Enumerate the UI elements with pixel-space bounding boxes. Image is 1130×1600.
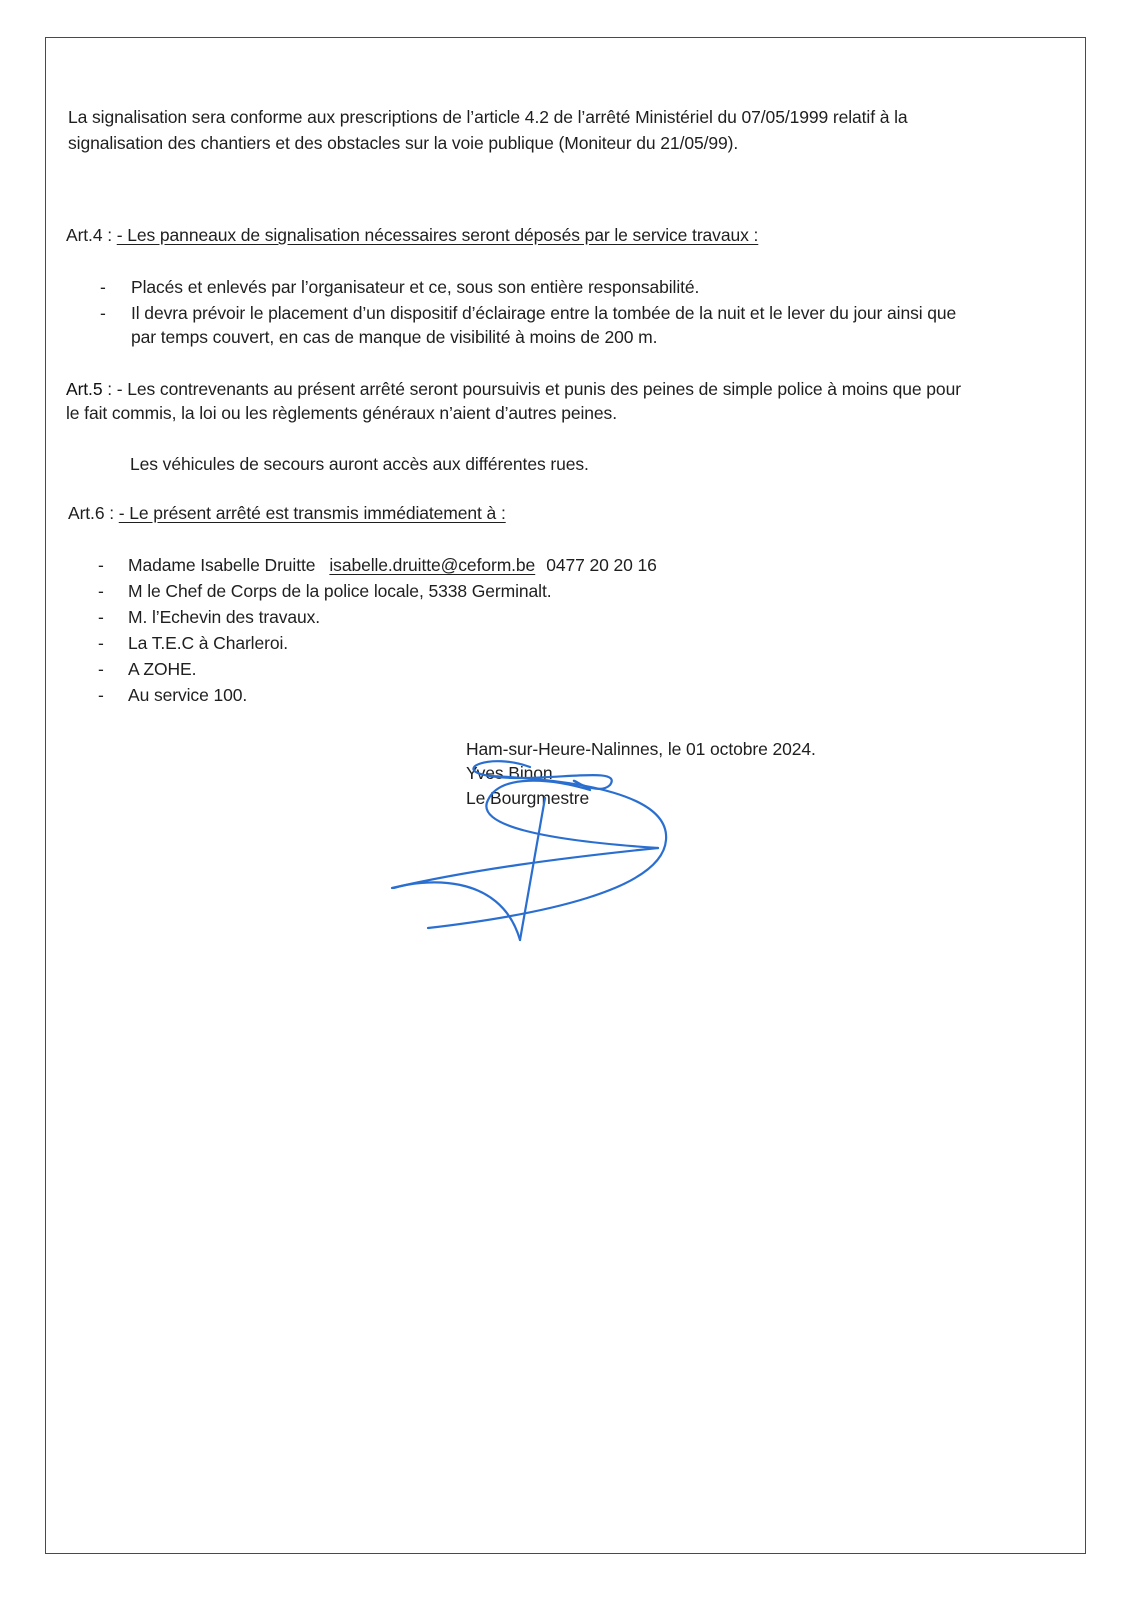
- recipient-item: M le Chef de Corps de la police locale, …: [128, 578, 551, 604]
- signatory-title: Le Bourgmestre: [466, 785, 589, 811]
- art4-item-2-line-1: Il devra prévoir le placement d’un dispo…: [131, 300, 956, 326]
- recipient-item: Au service 100.: [128, 682, 247, 708]
- art6-heading: Art.6 : - Le présent arrêté est transmis…: [68, 500, 506, 526]
- art4-label: Art.4 :: [66, 225, 112, 245]
- art4-title: - Les panneaux de signalisation nécessai…: [117, 225, 759, 245]
- recipient-phone: 0477 20 20 16: [546, 555, 657, 575]
- recipient-email-link[interactable]: isabelle.druitte@ceform.be: [329, 555, 535, 575]
- art6-label: Art.6 :: [68, 503, 114, 523]
- recipient-name: Madame Isabelle Druitte: [128, 555, 315, 575]
- bullet-dash: -: [98, 682, 104, 708]
- recipient-name: La T.E.C à Charleroi.: [128, 633, 288, 653]
- recipient-item: Madame Isabelle Druitteisabelle.druitte@…: [128, 552, 657, 578]
- art5-line-1: Art.5 : - Les contrevenants au présent a…: [66, 376, 961, 402]
- art5-text: : - Les contrevenants au présent arrêté …: [102, 379, 960, 399]
- intro-line-1: La signalisation sera conforme aux presc…: [68, 104, 908, 130]
- bullet-dash: -: [98, 604, 104, 630]
- bullet-dash: -: [98, 578, 104, 604]
- recipient-item: M. l’Echevin des travaux.: [128, 604, 320, 630]
- art5-line-2: le fait commis, la loi ou les règlements…: [66, 400, 617, 426]
- bullet-dash: -: [100, 300, 106, 326]
- recipient-name: M. l’Echevin des travaux.: [128, 607, 320, 627]
- bullet-dash: -: [98, 552, 104, 578]
- art6-title: - Le présent arrêté est transmis immédia…: [119, 503, 506, 523]
- place-date: Ham-sur-Heure-Nalinnes, le 01 octobre 20…: [466, 736, 816, 762]
- art5-note: Les véhicules de secours auront accès au…: [130, 451, 589, 477]
- recipient-name: M le Chef de Corps de la police locale, …: [128, 581, 551, 601]
- recipient-item: La T.E.C à Charleroi.: [128, 630, 288, 656]
- art4-heading: Art.4 : - Les panneaux de signalisation …: [66, 222, 758, 248]
- bullet-dash: -: [98, 630, 104, 656]
- recipient-name: Au service 100.: [128, 685, 247, 705]
- intro-line-2: signalisation des chantiers et des obsta…: [68, 130, 738, 156]
- art4-item-1: Placés et enlevés par l’organisateur et …: [131, 274, 699, 300]
- signatory-name: Yves Binon: [466, 760, 553, 786]
- recipient-name: A ZOHE.: [128, 659, 196, 679]
- bullet-dash: -: [98, 656, 104, 682]
- bullet-dash: -: [100, 274, 106, 300]
- art4-item-2-line-2: par temps couvert, en cas de manque de v…: [131, 324, 657, 350]
- art5-label: Art.5: [66, 379, 102, 399]
- recipient-item: A ZOHE.: [128, 656, 196, 682]
